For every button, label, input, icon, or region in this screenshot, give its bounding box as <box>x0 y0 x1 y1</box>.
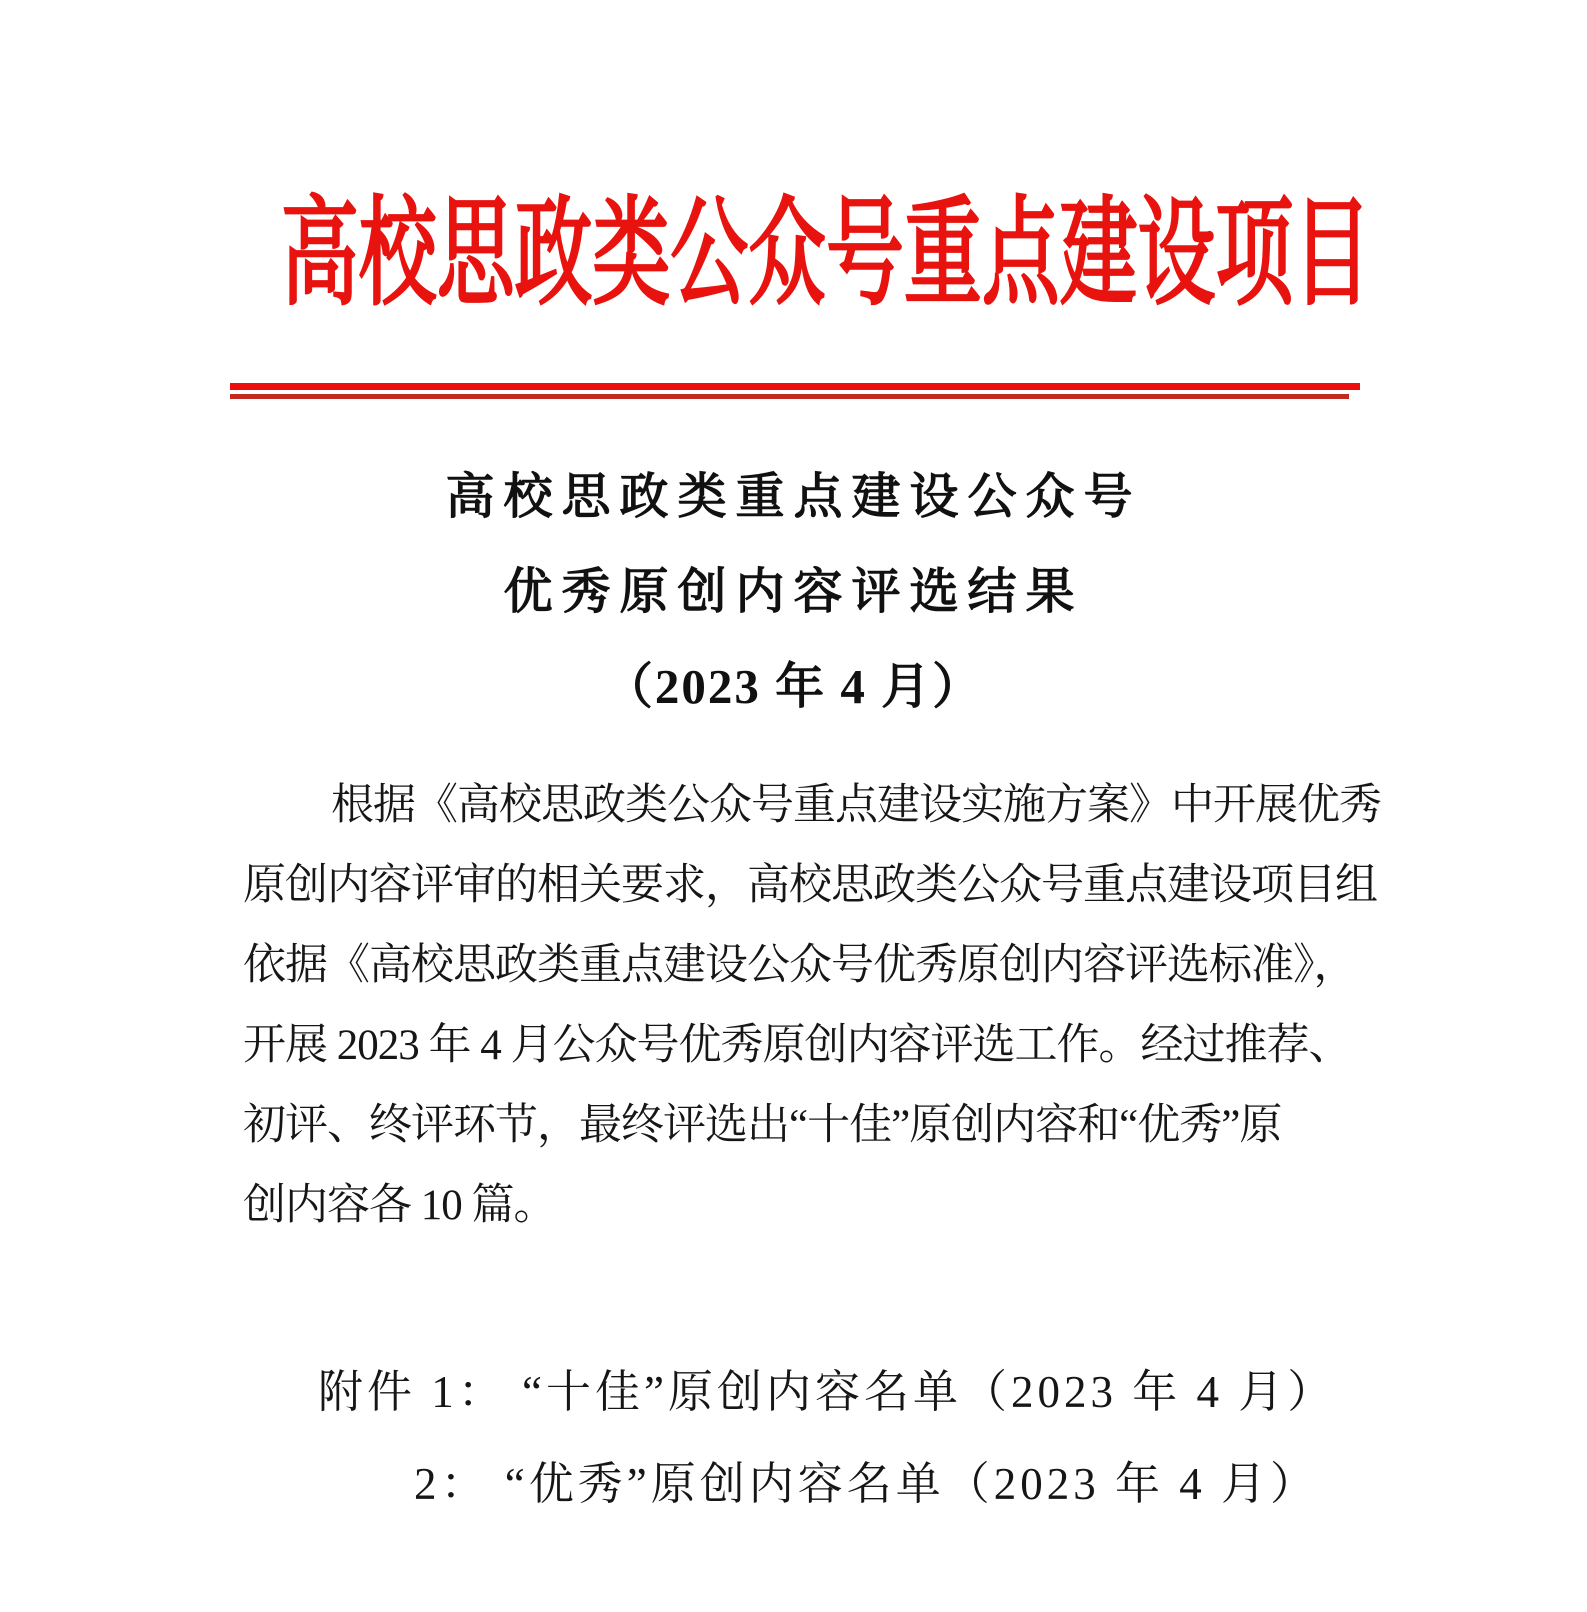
attachment-item-1: 附件 1： “十佳”原创内容名单（2023 年 4 月） <box>318 1346 1336 1438</box>
body-line: 原创内容评审的相关要求，高校思政类公众号重点建设项目组 <box>243 846 1359 926</box>
banner-title-text: 高校思政类公众号重点建设项目 <box>281 196 1371 314</box>
heading-date-line: （2023 年 4 月） <box>0 639 1587 734</box>
document-body: 根据《高校思政类公众号重点建设实施方案》中开展优秀 原创内容评审的相关要求，高校… <box>243 766 1359 1246</box>
document-page: 高校思政类公众号重点建设项目 高校思政类重点建设公众号 优秀原创内容评选结果 （… <box>0 0 1587 1612</box>
body-line: 依据《高校思政类重点建设公众号优秀原创内容评选标准》， <box>243 926 1359 1006</box>
rule-bottom-line <box>230 394 1349 399</box>
body-line: 根据《高校思政类公众号重点建设实施方案》中开展优秀 <box>243 766 1359 846</box>
body-line: 创内容各 10 篇。 <box>243 1166 1359 1246</box>
attachment-item-2: 2： “优秀”原创内容名单（2023 年 4 月） <box>318 1438 1336 1530</box>
body-line: 开展 2023 年 4 月公众号优秀原创内容评选工作。经过推荐、 <box>243 1006 1359 1086</box>
document-heading: 高校思政类重点建设公众号 优秀原创内容评选结果 （2023 年 4 月） <box>0 449 1587 734</box>
attachment-list: 附件 1： “十佳”原创内容名单（2023 年 4 月） 2： “优秀”原创内容… <box>318 1346 1336 1530</box>
heading-line-1: 高校思政类重点建设公众号 <box>0 449 1587 544</box>
rule-top-line <box>230 383 1360 390</box>
body-line: 初评、终评环节，最终评选出“十佳”原创内容和“优秀”原 <box>243 1086 1359 1166</box>
heading-line-2: 优秀原创内容评选结果 <box>0 544 1587 639</box>
double-rule <box>230 383 1360 399</box>
banner-title: 高校思政类公众号重点建设项目 <box>0 196 1587 314</box>
